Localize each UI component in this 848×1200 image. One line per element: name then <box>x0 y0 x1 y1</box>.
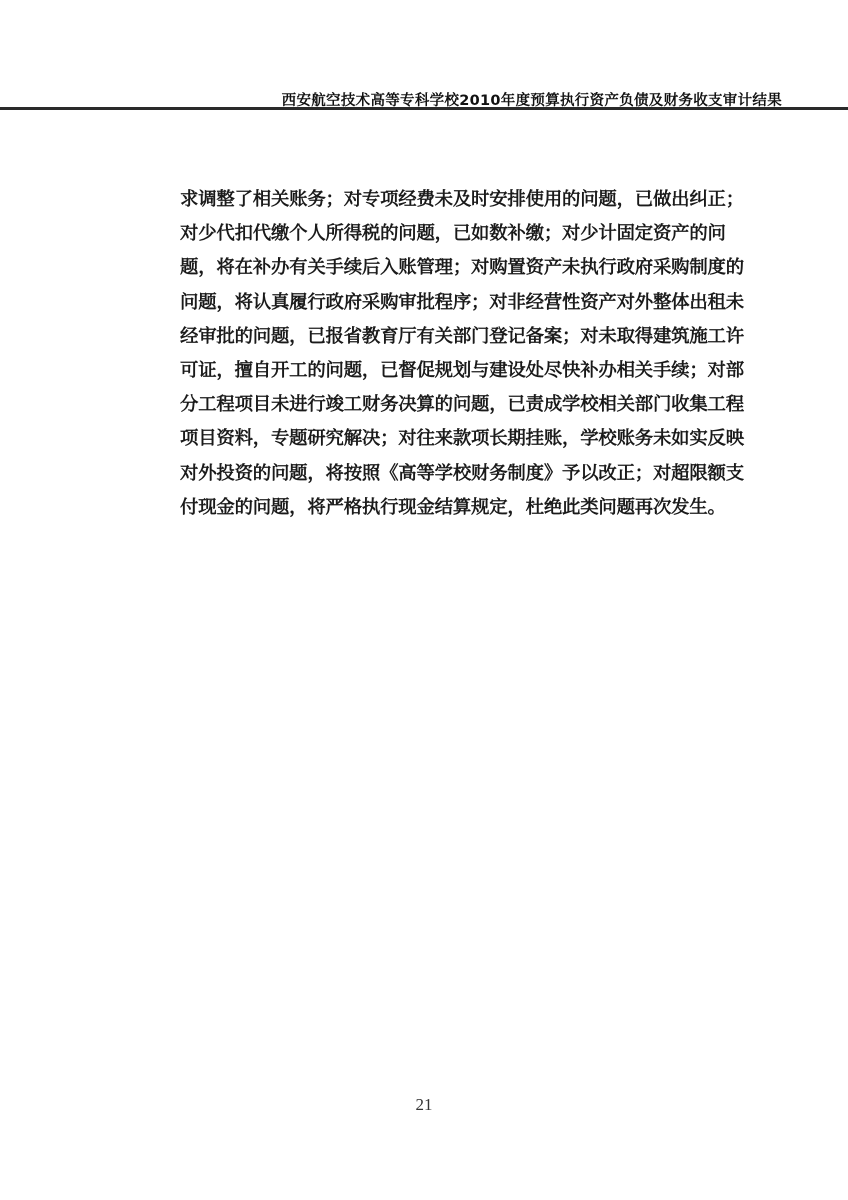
text-line: 分工程项目未进行竣工财务决算的问题，已责成学校相关部门收集工程 <box>180 388 760 422</box>
text-line: 题，将在补办有关手续后入账管理；对购置资产未执行政府采购制度的 <box>180 251 760 285</box>
page-number: 21 <box>0 1095 848 1115</box>
text-line: 求调整了相关账务；对专项经费未及时安排使用的问题，已做出纠正； <box>180 183 760 217</box>
text-line: 付现金的问题，将严格执行现金结算规定，杜绝此类问题再次发生。 <box>180 491 760 525</box>
text-line: 项目资料，专题研究解决；对往来款项长期挂账，学校账务未如实反映 <box>180 422 760 456</box>
text-line: 对外投资的问题，将按照《高等学校财务制度》予以改正；对超限额支 <box>180 457 760 491</box>
header-rule <box>0 107 848 110</box>
text-line: 对少代扣代缴个人所得税的问题，已如数补缴；对少计固定资产的问 <box>180 217 760 251</box>
body-paragraph: 求调整了相关账务；对专项经费未及时安排使用的问题，已做出纠正； 对少代扣代缴个人… <box>180 183 760 525</box>
text-line: 可证，擅自开工的问题，已督促规划与建设处尽快补办相关手续；对部 <box>180 354 760 388</box>
text-line: 问题，将认真履行政府采购审批程序；对非经营性资产对外整体出租未 <box>180 286 760 320</box>
text-line: 经审批的问题，已报省教育厅有关部门登记备案；对未取得建筑施工许 <box>180 320 760 354</box>
